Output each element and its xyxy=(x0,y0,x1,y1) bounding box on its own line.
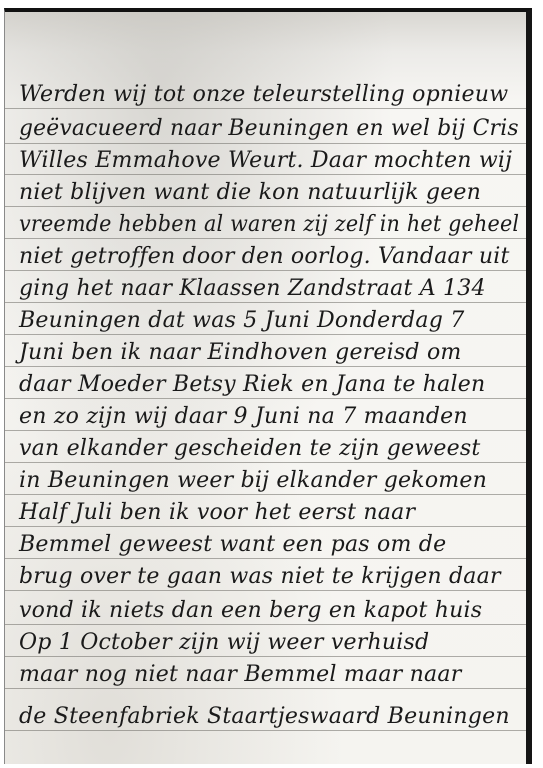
text-line: ging het naar Klaassen Zandstraat A 134 xyxy=(19,276,519,302)
ruled-line xyxy=(5,526,526,527)
text-line: vreemde hebben al waren zij zelf in het … xyxy=(19,212,489,238)
text-line: in Beuningen weer bij elkander gekomen xyxy=(19,468,519,494)
ruled-line xyxy=(5,398,526,399)
ruled-line xyxy=(5,270,526,271)
text-line: van elkander gescheiden te zijn geweest xyxy=(19,436,519,462)
text-line: Willes Emmahove Weurt. Daar mochten wij xyxy=(19,148,519,174)
text-line: niet blijven want die kon natuurlijk gee… xyxy=(19,180,519,206)
ruled-line xyxy=(5,624,526,625)
ruled-line xyxy=(5,206,526,207)
text-line: en zo zijn wij daar 9 Juni na 7 maanden xyxy=(19,404,519,430)
text-line: Beuningen dat was 5 Juni Donderdag 7 xyxy=(19,308,519,334)
text-line: niet getroffen door den oorlog. Vandaar … xyxy=(19,244,519,270)
ruled-line xyxy=(5,143,526,144)
ruled-line xyxy=(5,590,526,591)
ruled-line xyxy=(5,108,526,109)
ruled-line xyxy=(5,430,526,431)
text-line: brug over te gaan was niet te krijgen da… xyxy=(19,564,519,590)
ruled-line xyxy=(5,174,526,175)
text-line: maar nog niet naar Bemmel maar naar xyxy=(19,662,519,688)
text-line: Op 1 October zijn wij weer verhuisd xyxy=(19,630,519,656)
text-line: Juni ben ik naar Eindhoven gereisd om xyxy=(19,340,519,366)
text-line: geëvacueerd naar Beuningen en wel bij Cr… xyxy=(19,116,514,142)
ruled-line xyxy=(5,334,526,335)
handwritten-page: Werden wij tot onze teleurstelling opnie… xyxy=(4,8,532,764)
text-line: daar Moeder Betsy Riek en Jana te halen xyxy=(19,372,519,398)
ruled-line xyxy=(5,688,526,689)
text-line: de Steenfabriek Staartjeswaard Beuningen xyxy=(19,704,519,730)
text-line: vond ik niets dan een berg en kapot huis xyxy=(19,598,519,624)
ruled-line xyxy=(5,462,526,463)
ruled-line xyxy=(5,730,526,731)
text-line: Half Juli ben ik voor het eerst naar xyxy=(19,500,519,526)
text-line: Bemmel geweest want een pas om de xyxy=(19,532,519,558)
ruled-line xyxy=(5,366,526,367)
ruled-line xyxy=(5,238,526,239)
ruled-line xyxy=(5,656,526,657)
text-line: Werden wij tot onze teleurstelling opnie… xyxy=(19,82,519,108)
ruled-line xyxy=(5,494,526,495)
ruled-line xyxy=(5,558,526,559)
ruled-line xyxy=(5,302,526,303)
